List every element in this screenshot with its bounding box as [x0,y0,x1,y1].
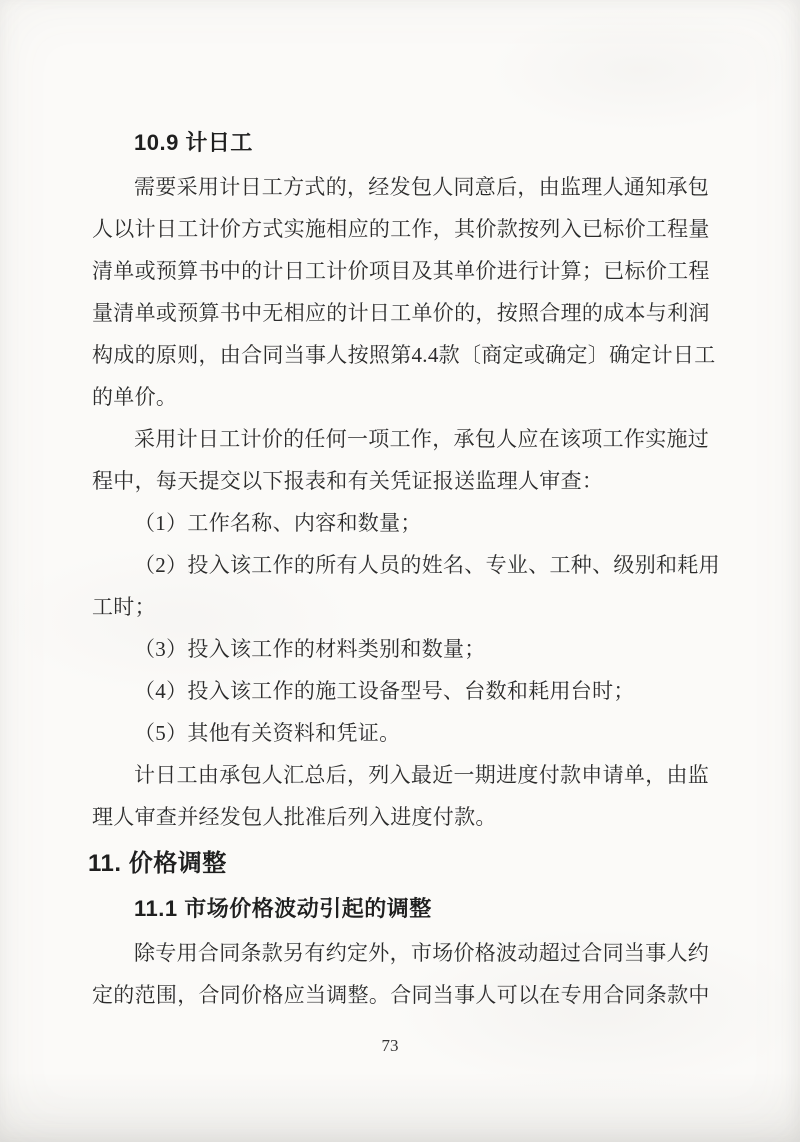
text-line: 计日工由承包人汇总后，列入最近一期进度付款申请单，由监 [92,754,710,796]
text-line: 需要采用计日工方式的，经发包人同意后，由监理人通知承包 [92,166,710,208]
page-number: 73 [0,1036,780,1056]
page-content: 10.9 计日工 需要采用计日工方式的，经发包人同意后，由监理人通知承包 人以计… [92,120,710,1016]
list-item: （3）投入该工作的材料类别和数量； [92,628,710,670]
paragraph-price-adjustment: 除专用合同条款另有约定外，市场价格波动超过合同当事人约 定的范围，合同价格应当调… [92,932,710,1016]
paragraph-daywork-reports: 采用计日工计价的任何一项工作，承包人应在该项工作实施过 程中，每天提交以下报表和… [92,418,710,502]
text-line: 程中，每天提交以下报表和有关凭证报送监理人审查： [92,460,710,502]
text-line: 清单或预算书中的计日工计价项目及其单价进行计算；已标价工程 [92,250,710,292]
section-heading-10-9: 10.9 计日工 [92,120,710,166]
text-line: 除专用合同条款另有约定外，市场价格波动超过合同当事人约 [92,932,710,974]
paragraph-daywork-intro: 需要采用计日工方式的，经发包人同意后，由监理人通知承包 人以计日工计价方式实施相… [92,166,710,418]
paragraph-daywork-payment: 计日工由承包人汇总后，列入最近一期进度付款申请单，由监 理人审查并经发包人批准后… [92,754,710,838]
list-item: （1）工作名称、内容和数量； [92,502,710,544]
text-line: 量清单或预算书中无相应的计日工单价的，按照合理的成本与利润 [92,292,710,334]
text-line: 构成的原则，由合同当事人按照第4.4款〔商定或确定〕确定计日工 [92,334,710,376]
text-line: 人以计日工计价方式实施相应的工作，其价款按列入已标价工程量 [92,208,710,250]
document-page: 10.9 计日工 需要采用计日工方式的，经发包人同意后，由监理人通知承包 人以计… [0,0,800,1142]
list-item: （2）投入该工作的所有人员的姓名、专业、工种、级别和耗用 [92,544,710,586]
text-line: 的单价。 [92,376,710,418]
section-heading-11: 11. 价格调整 [88,838,710,886]
text-line: 采用计日工计价的任何一项工作，承包人应在该项工作实施过 [92,418,710,460]
list-item: （4）投入该工作的施工设备型号、台数和耗用台时； [92,670,710,712]
list-item: （5）其他有关资料和凭证。 [92,712,710,754]
list-item-continuation: 工时； [92,586,710,628]
text-line: 定的范围，合同价格应当调整。合同当事人可以在专用合同条款中 [92,974,710,1016]
text-line: 理人审查并经发包人批准后列入进度付款。 [92,796,710,838]
numbered-list: （1）工作名称、内容和数量； （2）投入该工作的所有人员的姓名、专业、工种、级别… [92,502,710,754]
section-heading-11-1: 11.1 市场价格波动引起的调整 [92,886,710,932]
